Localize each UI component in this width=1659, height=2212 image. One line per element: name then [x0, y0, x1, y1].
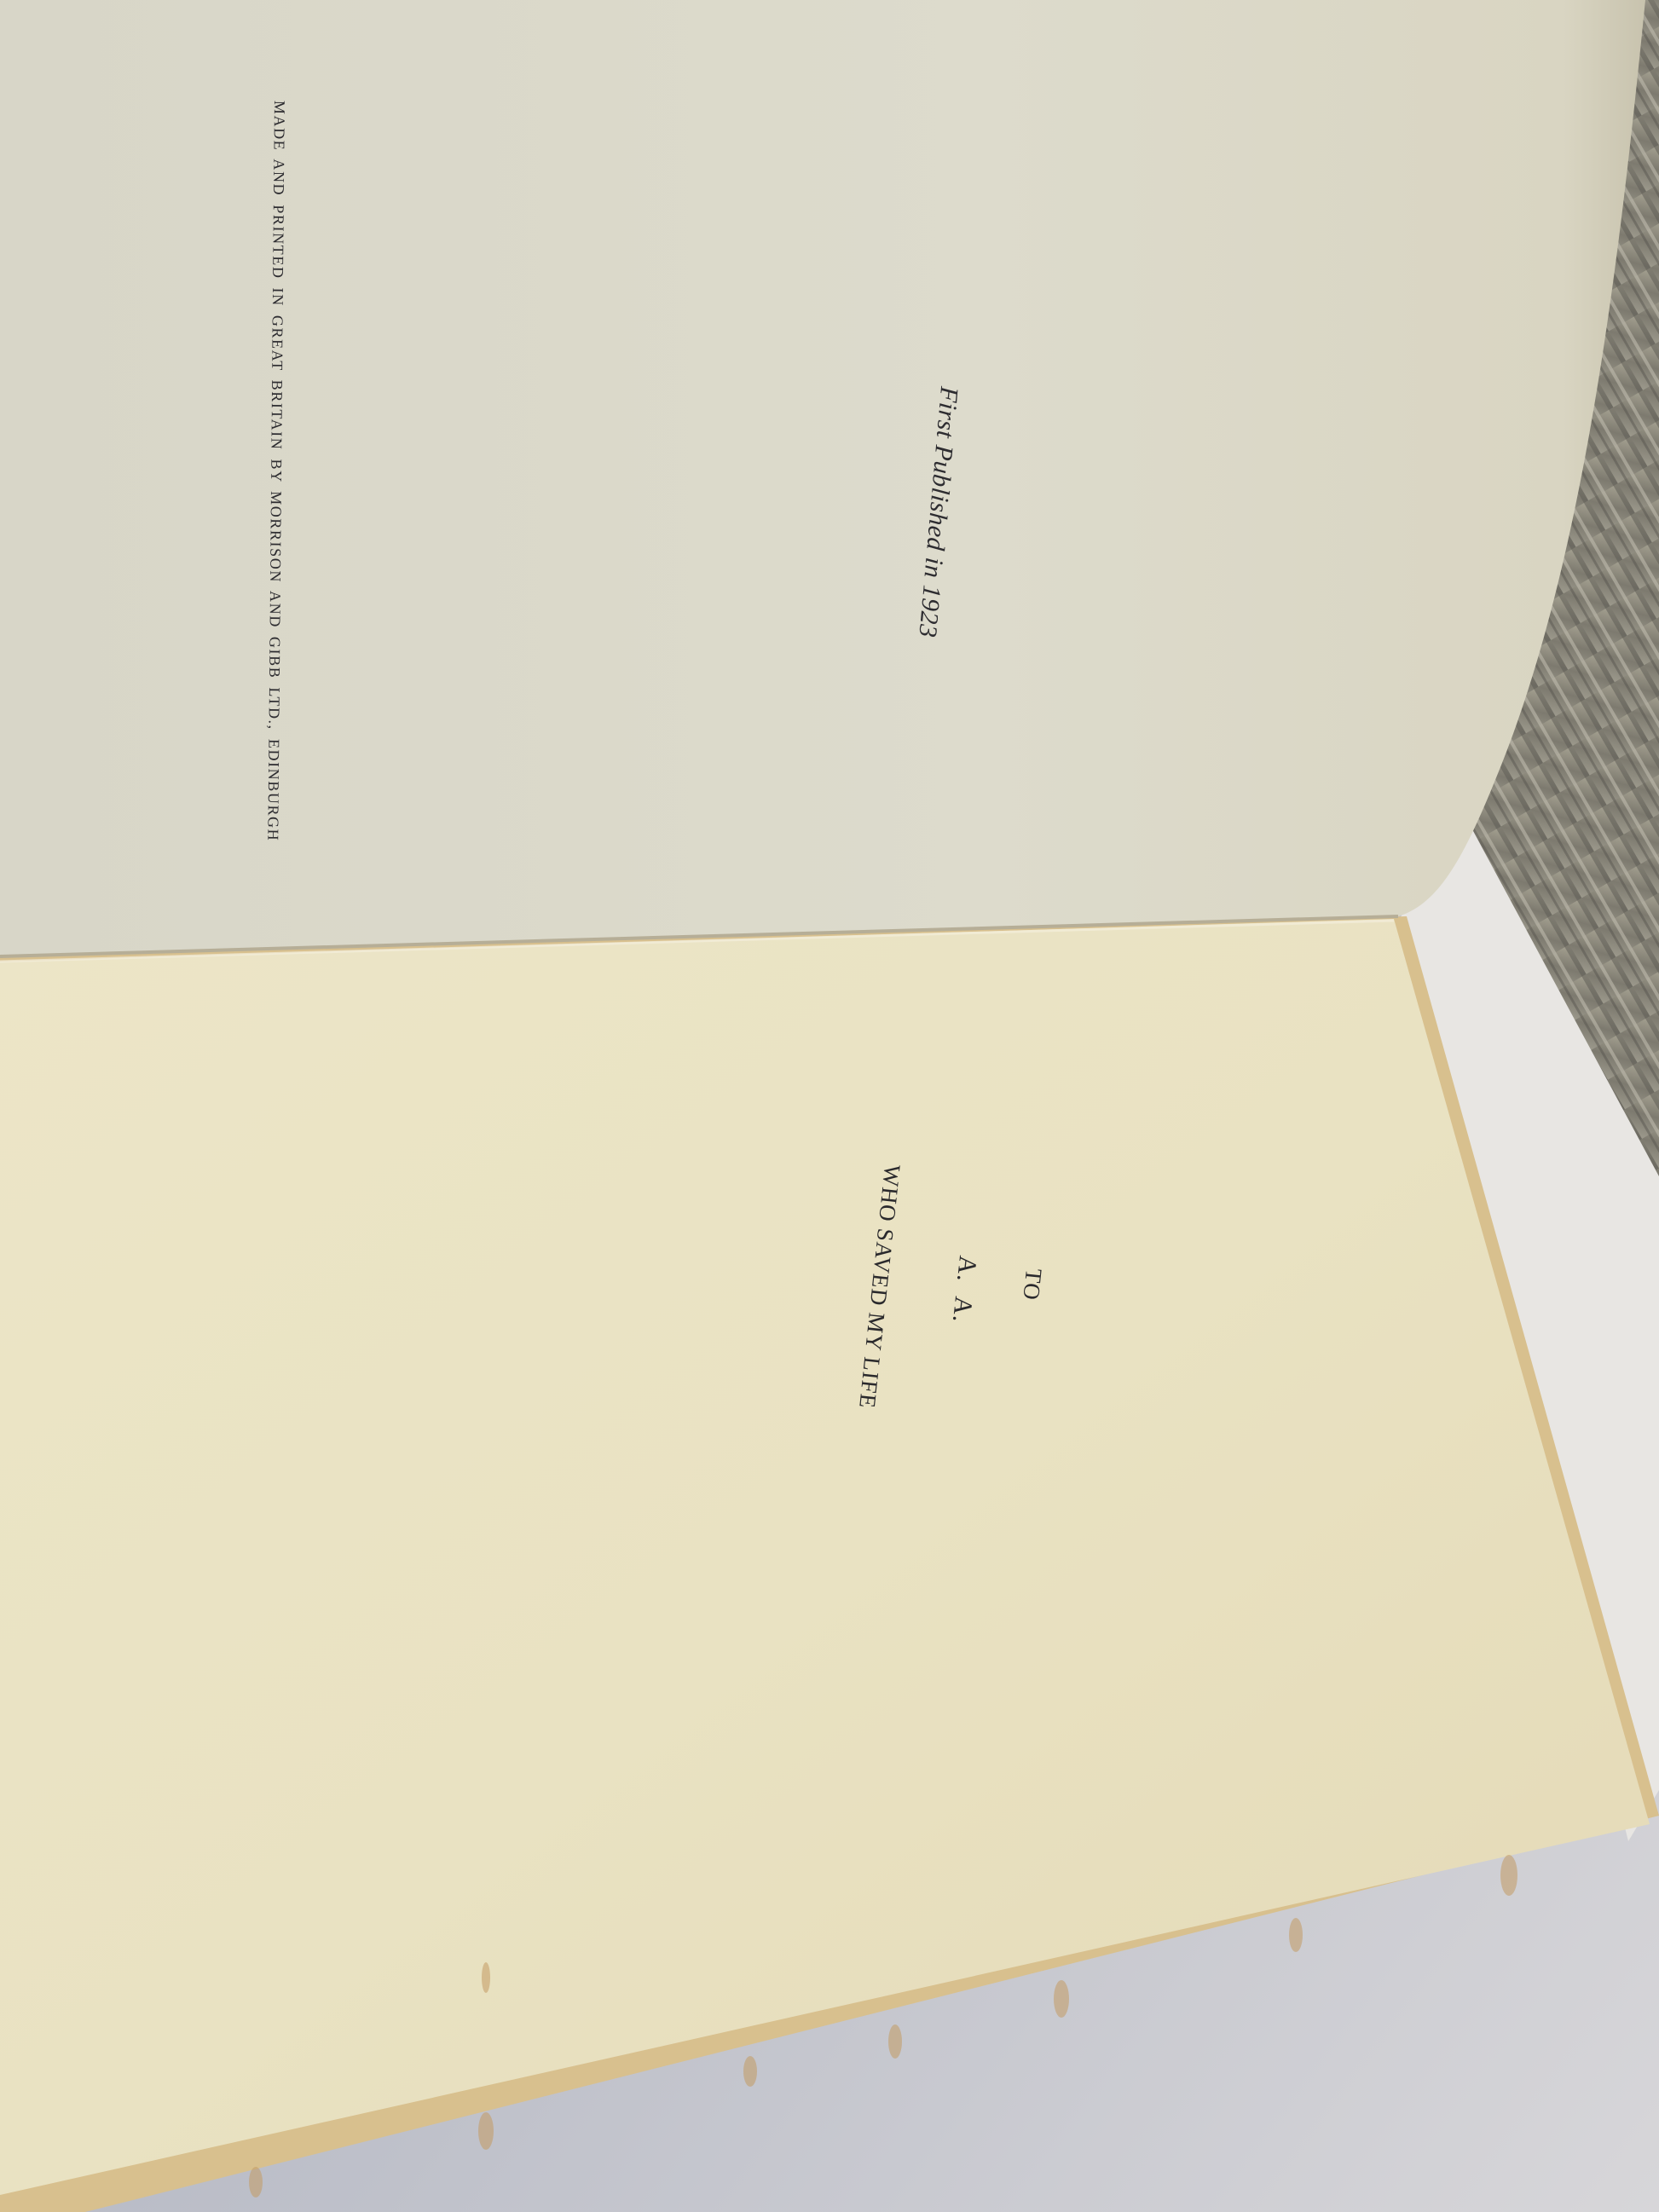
- book-photo: MADE AND PRINTED IN GREAT BRITAIN BY MOR…: [0, 0, 1659, 2212]
- dedication-to: TO: [1017, 1268, 1047, 1302]
- background-shapes: [0, 0, 1659, 2212]
